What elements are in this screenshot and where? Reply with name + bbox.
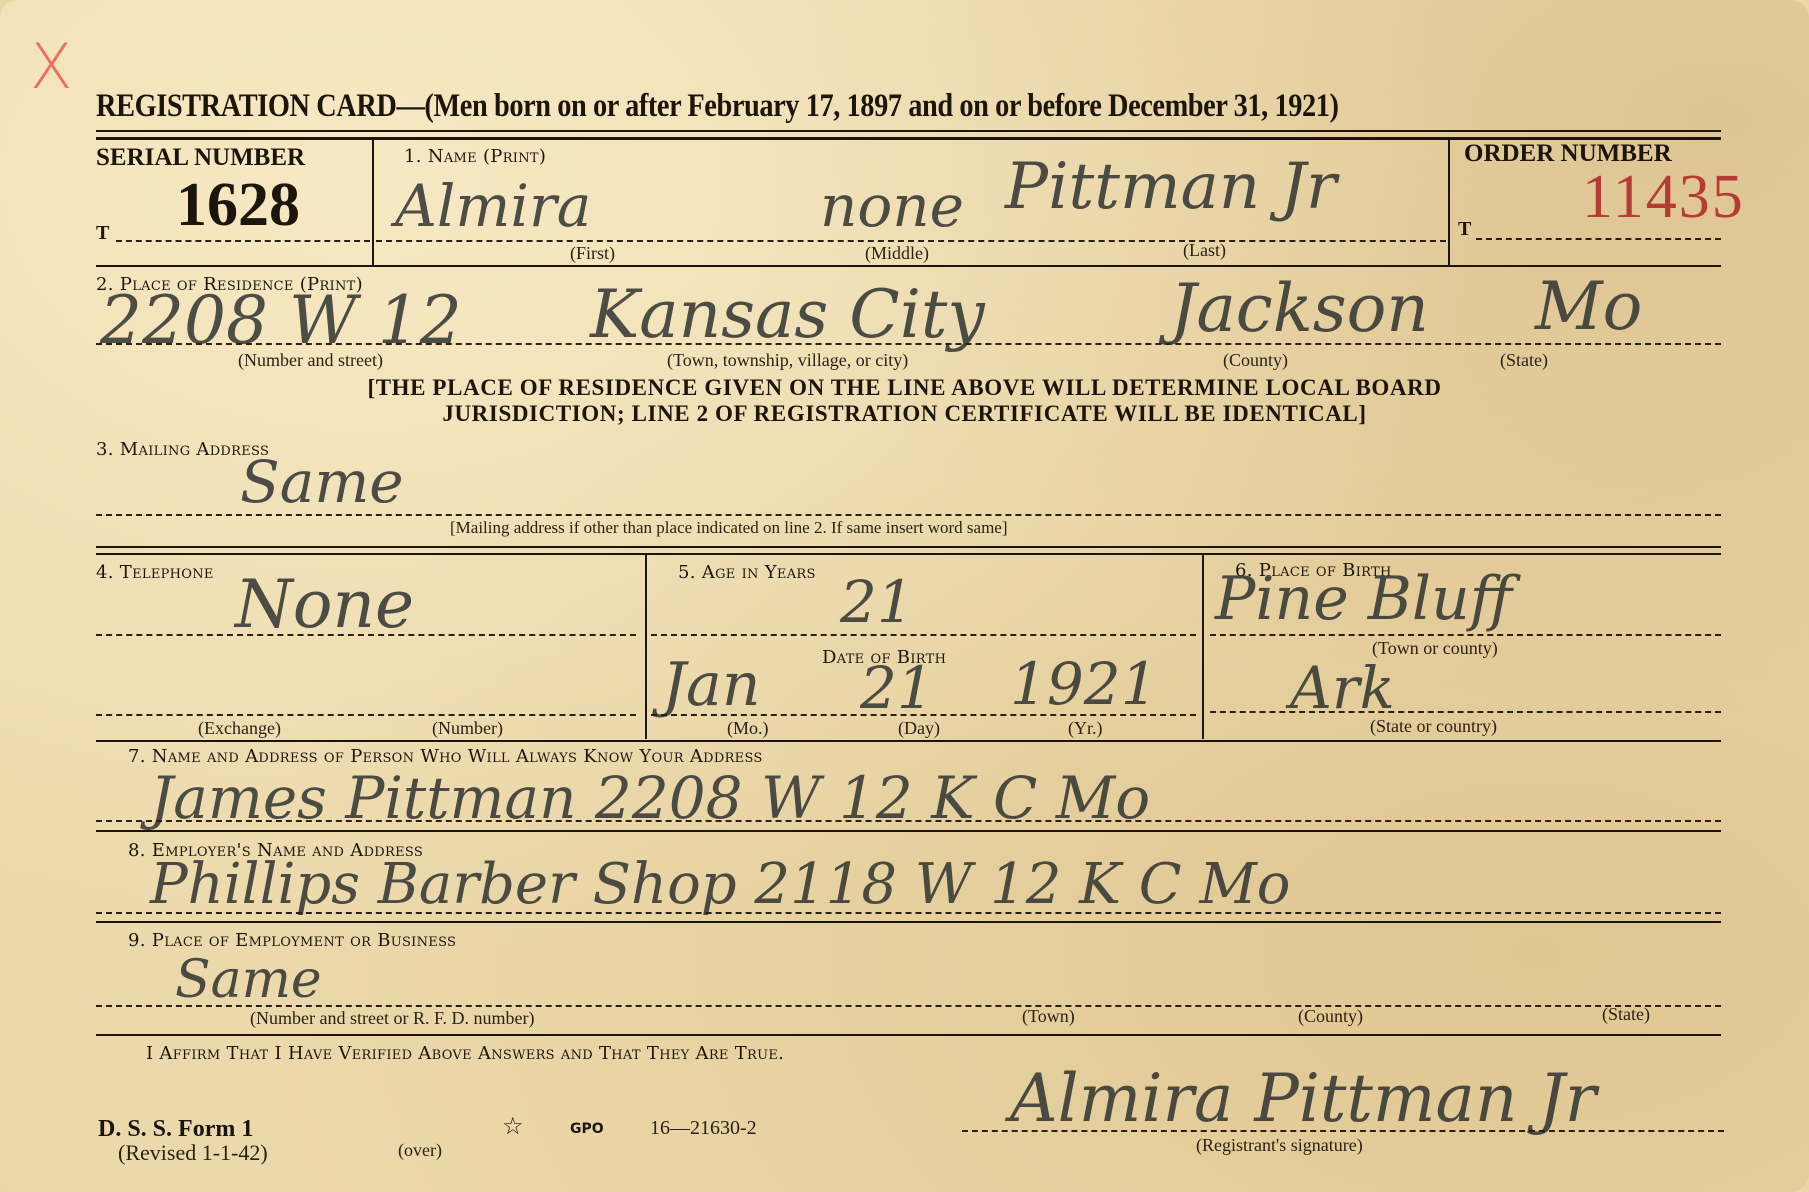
residence-town: Kansas City — [590, 276, 985, 353]
town-caption: (Town, township, village, or city) — [667, 350, 908, 371]
telephone-line — [96, 634, 636, 636]
residence-notice-1: [THE PLACE OF RESIDENCE GIVEN ON THE LIN… — [0, 375, 1809, 401]
row7-rule — [96, 830, 1721, 832]
first-caption: (First) — [570, 243, 615, 264]
row9-rule — [96, 1034, 1721, 1036]
residence-street: 2208 W 12 — [100, 282, 462, 359]
number-caption: (Number) — [432, 718, 503, 739]
affirmation-text: I Affirm That I Have Verified Above Answ… — [146, 1043, 784, 1064]
age-label: 5. Age in Years — [678, 562, 816, 583]
age-value: 21 — [840, 568, 914, 636]
row8-rule — [96, 921, 1721, 923]
dob-day: 21 — [860, 654, 934, 722]
row3-rule — [96, 546, 1721, 548]
emp-street-caption: (Number and street or R. F. D. number) — [250, 1008, 535, 1029]
last-caption: (Last) — [1183, 240, 1226, 261]
name-first: Almira — [395, 172, 591, 240]
residence-state: Mo — [1535, 268, 1642, 345]
employment-place-label: 9. Place of Employment or Business — [128, 930, 456, 951]
row3-rule-2 — [96, 553, 1721, 555]
form-revised: (Revised 1-1-42) — [118, 1140, 268, 1166]
telephone-label: 4. Telephone — [96, 562, 214, 583]
residence-line — [96, 343, 1721, 345]
contact-line — [96, 820, 1721, 822]
serial-number-value: 1628 — [176, 170, 300, 241]
dob-line — [651, 714, 1196, 716]
exchange-caption: (Exchange) — [198, 718, 281, 739]
residence-notice-2: JURISDICTION; LINE 2 OF REGISTRATION CER… — [0, 401, 1809, 427]
order-prefix: T — [1458, 218, 1471, 241]
employer-line — [96, 912, 1721, 914]
day-caption: (Day) — [898, 718, 940, 739]
state-caption: (State) — [1500, 350, 1548, 371]
registration-card: X REGISTRATION CARD—(Men born on or afte… — [0, 0, 1809, 1192]
registrant-signature: Almira Pittman Jr — [1010, 1060, 1596, 1137]
age-divider — [1202, 553, 1204, 739]
top-rule — [96, 130, 1721, 132]
serial-number-label: SERIAL NUMBER — [96, 144, 305, 172]
row4-rule — [96, 740, 1721, 742]
employment-place-value: Same — [175, 950, 322, 1010]
mailing-address-value: Same — [240, 448, 404, 516]
birthplace-line-2 — [1210, 711, 1721, 713]
middle-caption: (Middle) — [865, 243, 929, 264]
birthplace-town: Pine Bluff — [1215, 564, 1512, 634]
card-title: REGISTRATION CARD—(Men born on or after … — [96, 88, 1339, 125]
dob-year: 1921 — [1010, 650, 1158, 718]
employment-line — [96, 1005, 1721, 1007]
emp-county-caption: (County) — [1298, 1006, 1363, 1027]
gpo-mark: GPO — [570, 1121, 604, 1137]
telephone-line-2 — [96, 714, 636, 716]
mailing-caption: [Mailing address if other than place ind… — [450, 518, 1008, 538]
county-caption: (County) — [1223, 350, 1288, 371]
birthplace-state-caption: (State or country) — [1370, 716, 1497, 737]
emp-town-caption: (Town) — [1022, 1006, 1075, 1027]
name-line — [376, 240, 1446, 242]
telephone-divider — [645, 553, 647, 739]
form-id: D. S. S. Form 1 — [98, 1116, 253, 1143]
emp-state-caption: (State) — [1602, 1004, 1650, 1025]
serial-divider — [372, 140, 374, 265]
serial-prefix: T — [96, 222, 109, 245]
mailing-line — [96, 514, 1721, 516]
order-divider — [1448, 140, 1450, 265]
signature-line — [962, 1130, 1724, 1132]
age-line — [651, 634, 1196, 636]
red-x-mark: X — [30, 30, 72, 103]
order-number-value: 11435 — [1582, 162, 1745, 233]
street-caption: (Number and street) — [238, 350, 383, 371]
dob-month: Jan — [662, 650, 760, 720]
telephone-value: None — [235, 566, 414, 643]
serial-line — [116, 240, 370, 242]
gpo-number: 16—21630-2 — [650, 1117, 757, 1140]
name-middle: none — [820, 172, 964, 240]
row1-rule — [96, 265, 1721, 267]
order-line — [1476, 238, 1721, 240]
signature-caption: (Registrant's signature) — [1196, 1135, 1363, 1156]
employer-value: Phillips Barber Shop 2118 W 12 K C Mo — [150, 852, 1291, 917]
residence-county: Jackson — [1170, 270, 1429, 347]
birthplace-line — [1210, 634, 1721, 636]
yr-caption: (Yr.) — [1068, 718, 1103, 739]
mo-caption: (Mo.) — [727, 718, 769, 739]
over-note: (over) — [398, 1140, 442, 1161]
star-icon: ☆ — [502, 1112, 524, 1140]
name-last: Pittman Jr — [1005, 150, 1337, 224]
name-label: 1. Name (Print) — [404, 146, 546, 167]
